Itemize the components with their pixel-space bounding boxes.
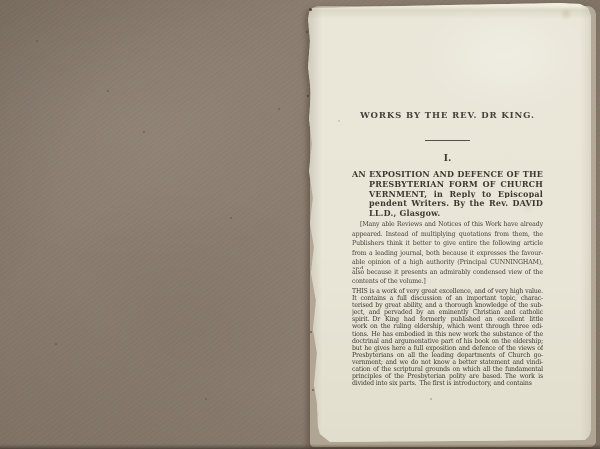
text-line: THIS is a work of very great excellence,… <box>352 288 543 295</box>
text-line: cation of the scriptural grounds on whic… <box>352 366 543 373</box>
text-line: vernment; and we do not know a better st… <box>352 359 543 366</box>
text-line: It contains a full discussion of an impo… <box>352 295 543 302</box>
text-line: tions. He has embodied in this new work … <box>352 331 543 338</box>
divider-rule <box>425 140 470 141</box>
text-line: able opinion of a high authority (Princi… <box>352 259 543 269</box>
text-line: principles of the Presbyterian polity ar… <box>352 373 543 380</box>
text-line: from a leading journal, both because it … <box>352 250 543 260</box>
text-line: AN EXPOSITION AND DEFENCE OF THE <box>352 169 543 179</box>
text-line: contents of the volume.] <box>352 278 543 288</box>
text-line: appeared. Instead of multiplying quotati… <box>352 231 543 241</box>
text-line: Publishers think it better to give entir… <box>352 240 543 250</box>
text-line: also because it presents an admirably co… <box>352 269 543 279</box>
section-number: I. <box>352 153 543 164</box>
review-paragraph: THIS is a work of very great excellence,… <box>352 288 543 387</box>
text-line: PRESBYTERIAN FORM OF CHURCH GO- <box>352 179 543 189</box>
text-line: but he gives here a full exposition and … <box>352 345 543 352</box>
publisher-note-paragraph: [Many able Reviews and Notices of this W… <box>352 221 543 288</box>
text-line: divided into six parts. The first is int… <box>352 380 543 387</box>
text-line: terised by great ability, and a thorough… <box>352 302 543 309</box>
text-line: VERNMENT, in Reply to Episcopal and Inde… <box>352 189 543 199</box>
work-entry-paragraph: AN EXPOSITION AND DEFENCE OF THEPRESBYTE… <box>352 169 543 218</box>
text-line: Presbyterians on all the leading departm… <box>352 352 543 359</box>
text-line: doctrinal and argumentative part of his … <box>352 338 543 345</box>
text-line: LL.D., Glasgow. <box>352 208 543 218</box>
text-line: work on the ruling eldership, which went… <box>352 323 543 330</box>
page-title: WORKS BY THE REV. DR KING. <box>352 111 543 121</box>
text-line: spirit. Dr King had formerly published a… <box>352 316 543 323</box>
book-page: WORKS BY THE REV. DR KING. I. AN EXPOSIT… <box>308 3 592 444</box>
page-stack: WORKS BY THE REV. DR KING. I. AN EXPOSIT… <box>0 0 600 449</box>
text-line: ject, and pervaded by an eminently Chris… <box>352 309 543 316</box>
book-photo: WORKS BY THE REV. DR KING. I. AN EXPOSIT… <box>0 0 600 449</box>
text-line: [Many able Reviews and Notices of this W… <box>352 221 543 231</box>
text-line: pendent Writers. By the Rev. DAVID KING, <box>352 198 543 208</box>
